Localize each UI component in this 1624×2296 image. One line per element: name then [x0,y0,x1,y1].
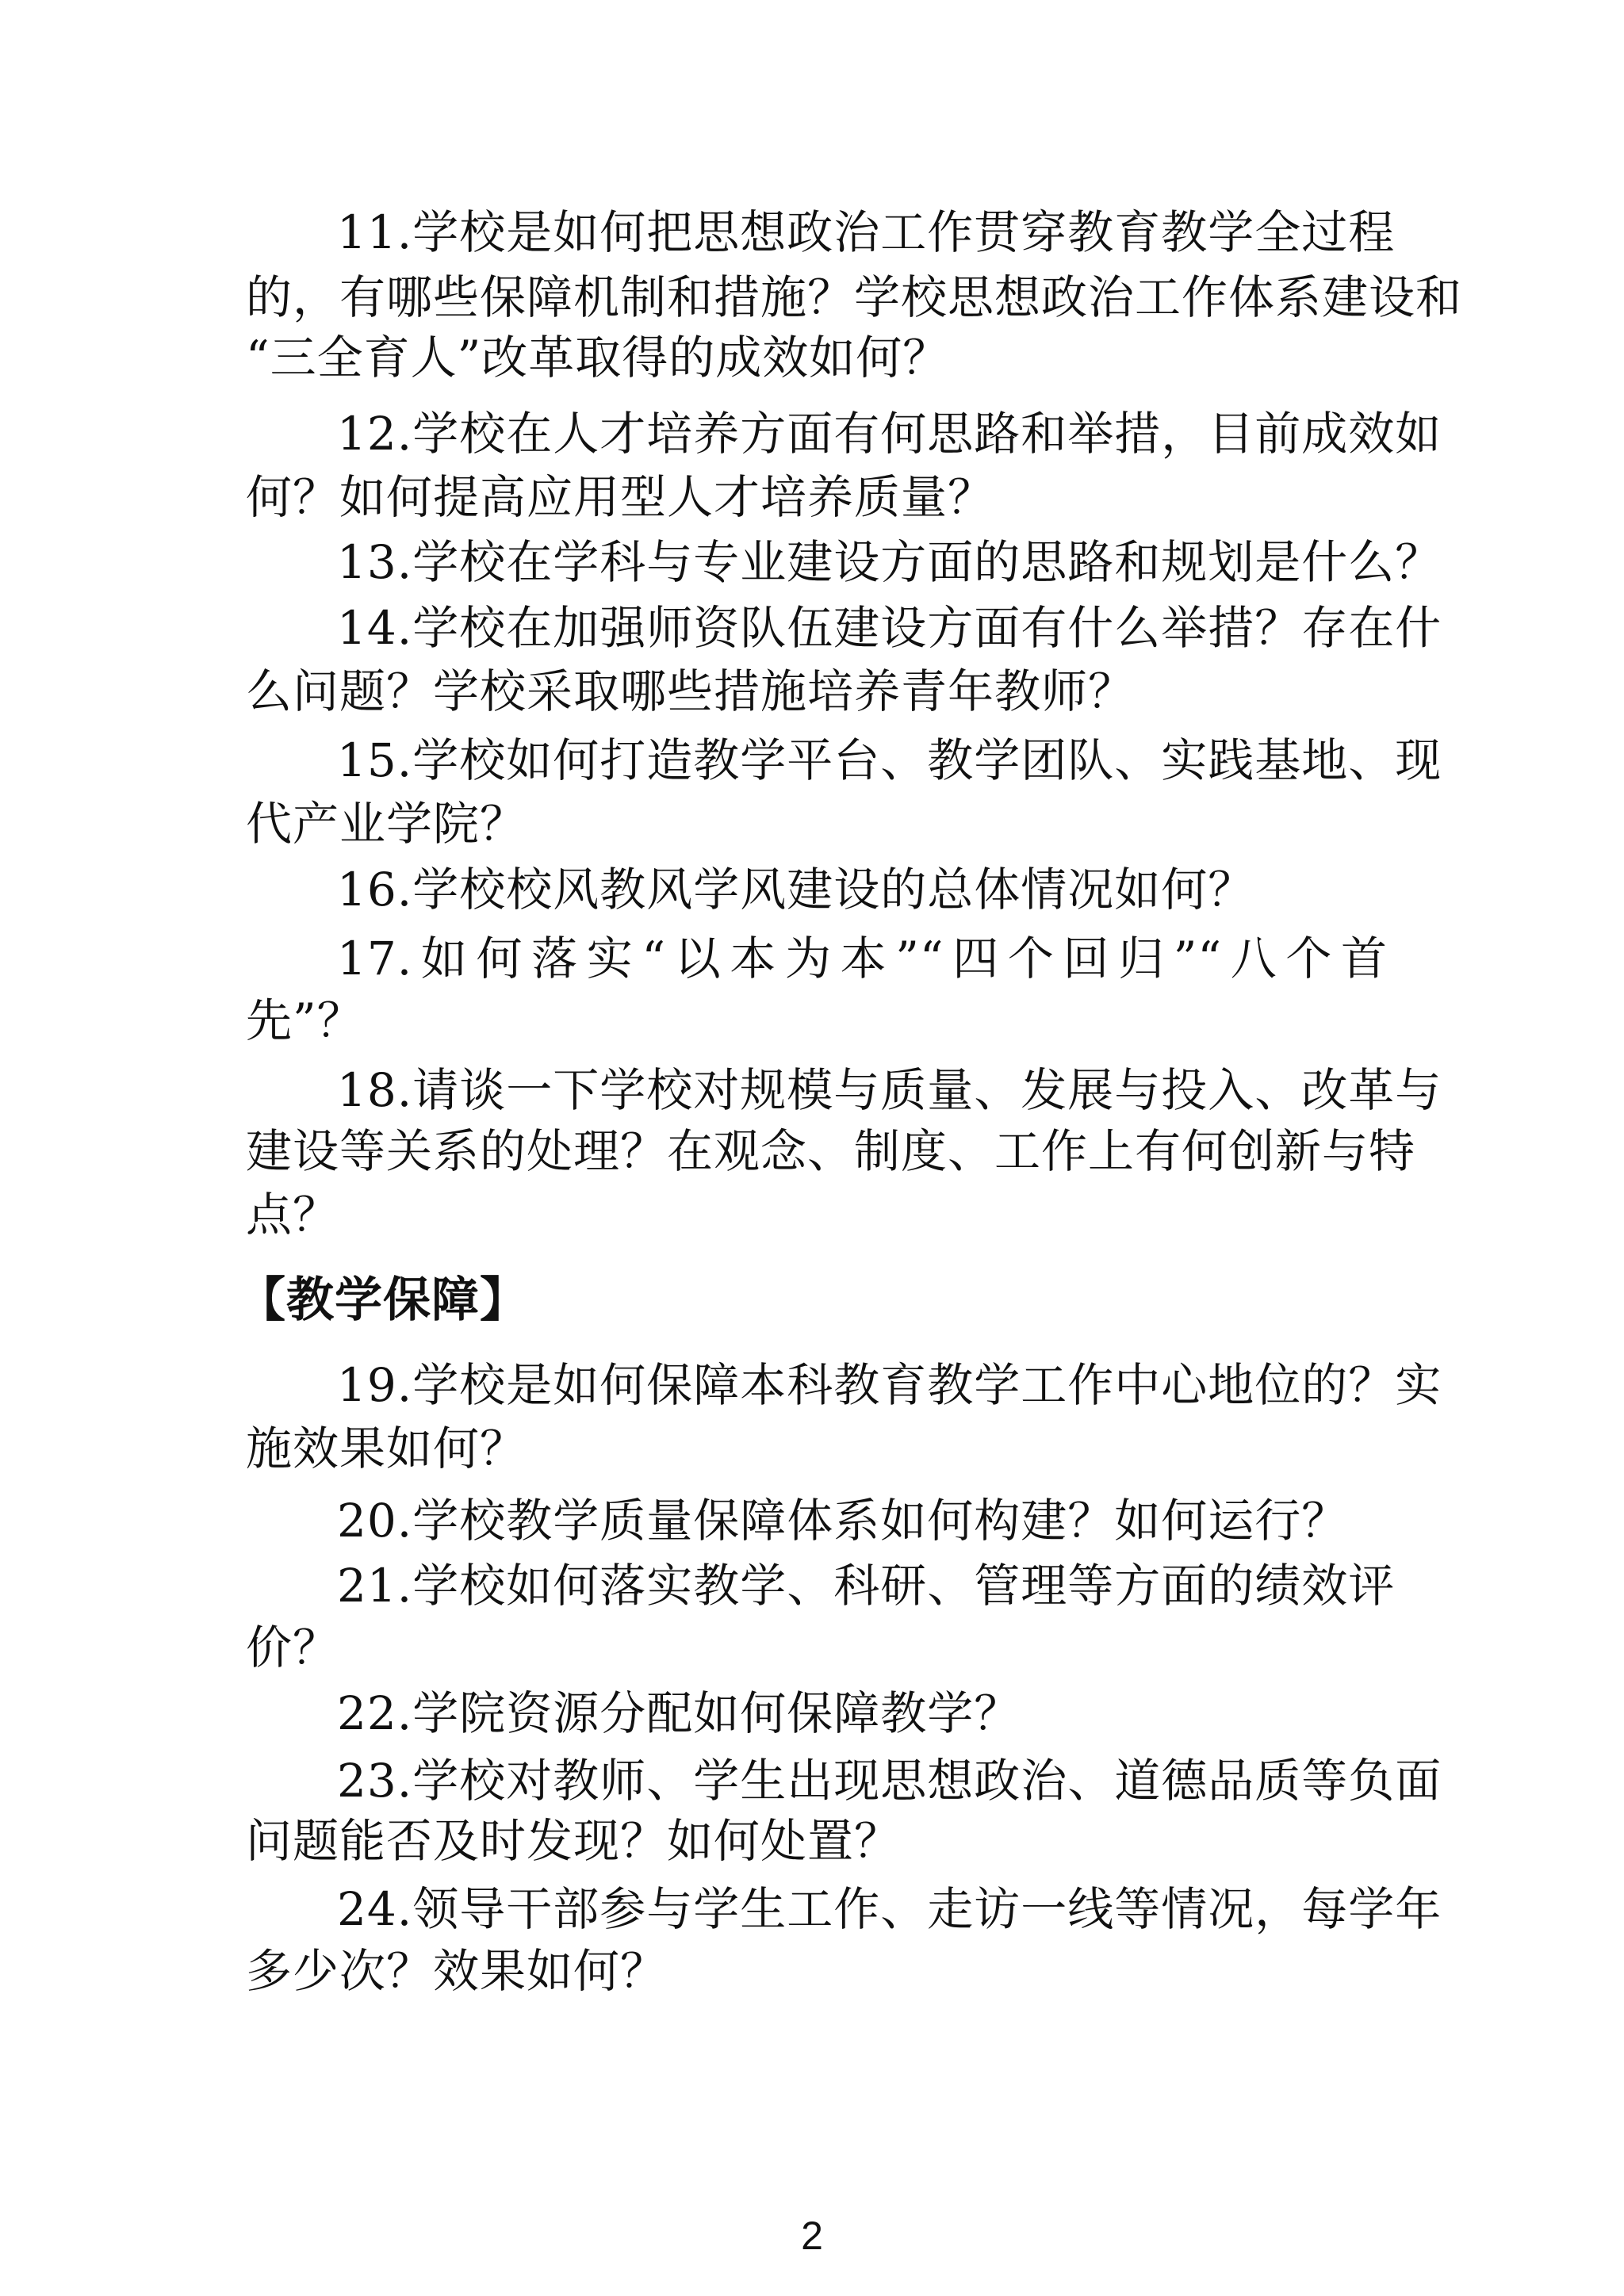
question-23-line-2: 问题能否及时发现？如何处置？ [246,1809,1388,1873]
question-18-line-3: 点？ [246,1183,1388,1246]
question-20-line-1: 20.学校教学质量保障体系如何构建？如何运行？ [337,1489,1388,1552]
question-24-line-2: 多少次？效果如何？ [246,1939,1388,2003]
question-11-line-2: 的，有哪些保障机制和措施？学校思想政治工作体系建设和 [246,266,1388,329]
question-14-line-2: 么问题？学校采取哪些措施培养青年教师？ [246,660,1388,723]
question-18-line-1: 18.请谈一下学校对规模与质量、发展与投入、改革与 [337,1058,1388,1122]
question-22-line-1: 22.学院资源分配如何保障教学？ [337,1682,1388,1745]
question-21-line-2: 价？ [246,1616,1388,1679]
question-16-line-1: 16.学校校风教风学风建设的总体情况如何？ [337,858,1388,921]
question-15-line-1: 15.学校如何打造教学平台、教学团队、实践基地、现 [337,729,1388,792]
question-17-line-1: 17.如何落实“以本为本”“四个回归”“八个首 [337,927,1388,990]
section-heading: 【教学保障】 [238,1269,528,1332]
question-19-line-2: 施效果如何？ [246,1417,1388,1480]
question-21-line-1: 21.学校如何落实教学、科研、管理等方面的绩效评 [337,1554,1388,1617]
question-19-line-1: 19.学校是如何保障本科教育教学工作中心地位的？实 [337,1353,1388,1417]
document-page: 11.学校是如何把思想政治工作贯穿教育教学全过程 的，有哪些保障机制和措施？学校… [0,0,1624,2296]
page-number: 2 [0,2212,1624,2260]
question-13-line-1: 13.学校在学科与专业建设方面的思路和规划是什么？ [337,530,1388,594]
question-11-line-1: 11.学校是如何把思想政治工作贯穿教育教学全过程 [337,201,1388,264]
question-12-line-2: 何？如何提高应用型人才培养质量？ [246,465,1388,529]
question-11-line-3: “三全育人”改革取得的成效如何？ [246,326,1388,389]
question-15-line-2: 代产业学院？ [246,792,1388,855]
question-23-line-1: 23.学校对教师、学生出现思想政治、道德品质等负面 [337,1749,1388,1812]
question-18-line-2: 建设等关系的处理？在观念、制度、工作上有何创新与特 [246,1119,1388,1183]
question-24-line-1: 24.领导干部参与学生工作、走访一线等情况，每学年 [337,1877,1388,1941]
question-14-line-1: 14.学校在加强师资队伍建设方面有什么举措？存在什 [337,596,1388,660]
question-17-line-2: 先”？ [246,989,1388,1052]
question-12-line-1: 12.学校在人才培养方面有何思路和举措，目前成效如 [337,402,1388,465]
